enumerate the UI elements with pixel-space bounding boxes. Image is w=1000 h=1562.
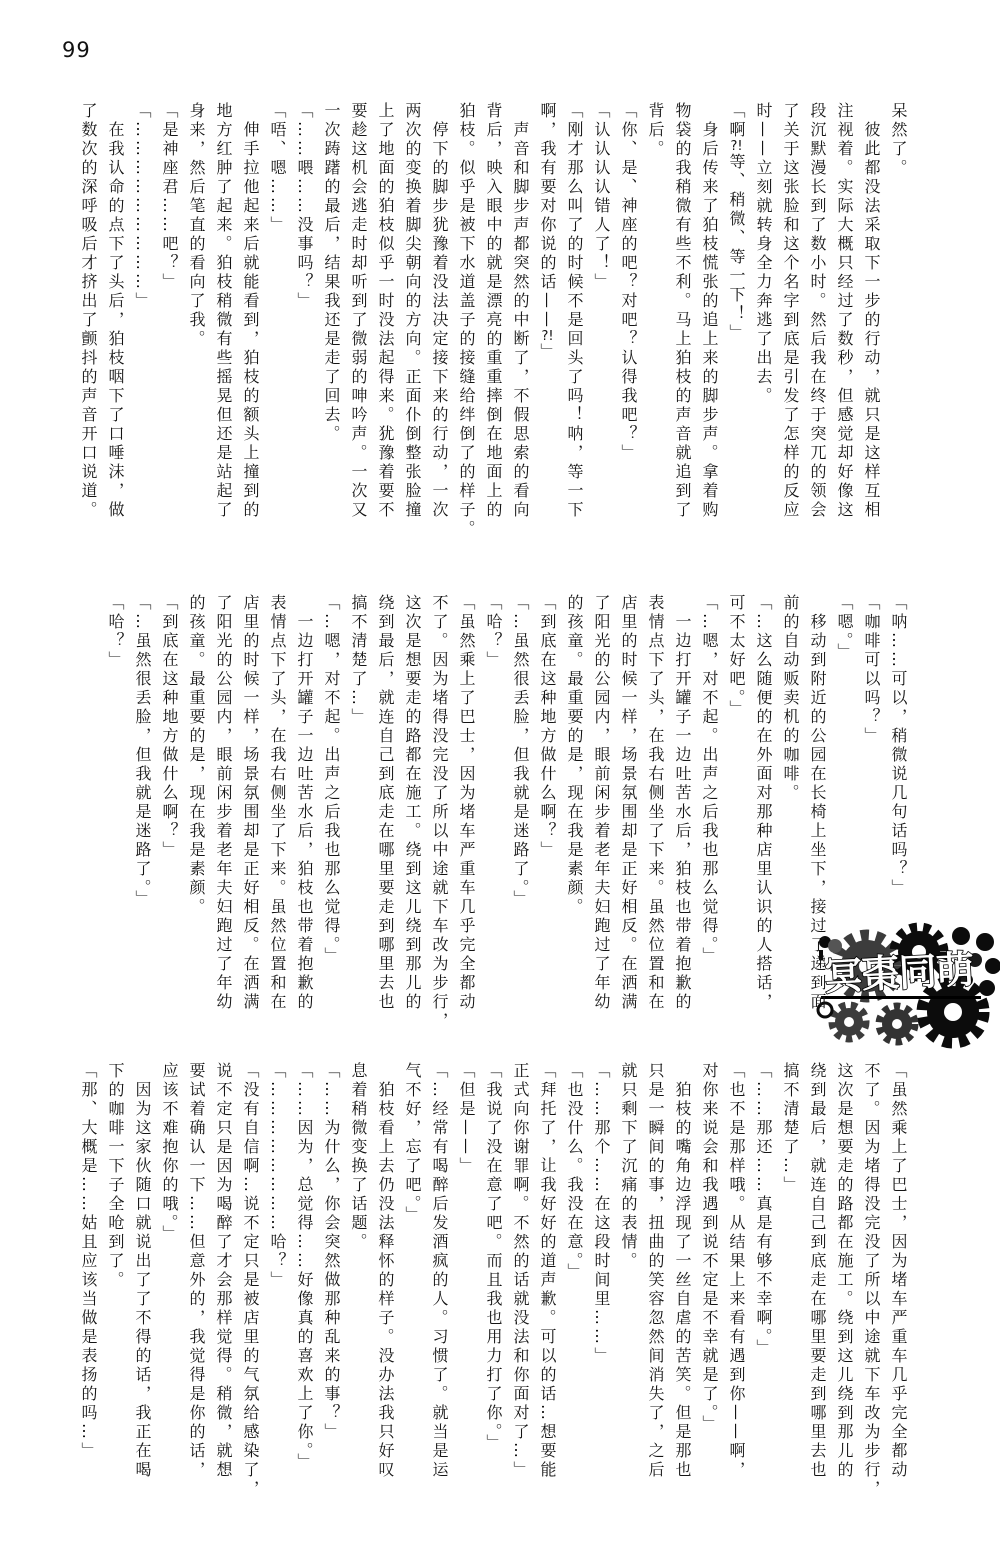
text-column: 「……那还……真是有够不幸啊。」 [750, 1062, 777, 1534]
text-column: 因为这家伙随口就说出了了不得的话，我正在喝 [129, 1062, 156, 1534]
text-column: 「拜托了，让我好好的道声歉。可以的话…想要能 [534, 1062, 561, 1534]
text-column: 注视着。实际大概只经过了数秒，但感觉却好像这 [831, 102, 858, 548]
text-column: 的孩童。最重要的是，现在我是素颜。 [561, 594, 588, 1040]
text-column: 绕到最后，就连自己到底走在哪里要走到哪里去也 [372, 594, 399, 1040]
text-column: 搞不清楚了…」 [777, 1062, 804, 1534]
text-column: 「没有自信啊…说不定只是被店里的气氛给感染了， [237, 1062, 264, 1534]
text-column: 不了。因为堵得没完没了所以中途就下车改为步行， [858, 1062, 885, 1534]
text-column: 表情点下了头，在我右侧坐了下来。虽然位置和在 [642, 594, 669, 1040]
text-column: 这次是想要走的路都在施工。绕到这儿绕到那儿的 [399, 594, 426, 1040]
text-column: 「……为什么，你会突然做那种乱来的事？」 [318, 1062, 345, 1534]
text-column: 「虽然乘上了巴士，因为堵车严重车几乎完全都动 [885, 1062, 912, 1534]
text-column: 「你、是、神座的吧？对吧？认得我吧？」 [615, 102, 642, 548]
text-column: 了关于这张脸和这个名字到底是引发了怎样的反应 [777, 102, 804, 548]
text-column: 「……………………哈？」 [264, 1062, 291, 1534]
text-column: 物袋的我稍微有些不利。马上狛枝的声音就追到了 [669, 102, 696, 548]
text-column: 背后。 [642, 102, 669, 548]
text-column: 「…虽然很丢脸，但我就是迷路了。」 [507, 594, 534, 1040]
text-column: 「我说了没在意了吧。而且我也用力打了你。」 [480, 1062, 507, 1534]
text-column: 对你来说会和我遇到说不定是不幸就是了。」 [696, 1062, 723, 1534]
page-number: 99 [62, 38, 91, 62]
text-column: 彼此都没法采取下一步的行动，就只是这样互相 [858, 102, 885, 548]
text-column: 这次是想要走的路都在施工。绕到这儿绕到那儿的 [831, 1062, 858, 1534]
text-column: 背后，映入眼中的就是漂亮的重重摔倒在地面上的 [480, 102, 507, 548]
text-band-3: 「虽然乘上了巴士，因为堵车严重车几乎完全都动不了。因为堵得没完没了所以中途就下车… [74, 1062, 912, 1534]
text-column: 身来，然后笔直的看向了我。 [183, 102, 210, 548]
text-column: 气不好，忘了吧。」 [399, 1062, 426, 1534]
text-column: 「到底在这种地方做什么啊？」 [156, 594, 183, 1040]
text-column: 了阳光的公园内，眼前闲步着老年夫妇跑过了年幼 [210, 594, 237, 1040]
text-column: 了阳光的公园内，眼前闲步着老年夫妇跑过了年幼 [588, 594, 615, 1040]
text-column: 两次的变换着脚尖朝向的方向。正面仆倒整张脸撞 [399, 102, 426, 548]
text-column: 时——立刻就转身全力奔逃了出去。 [750, 102, 777, 548]
text-column: 「呐……可以，稍微说几句话吗？」 [885, 594, 912, 1040]
text-column: 正式向你谢罪啊。不然的话就没法和你面对了…」 [507, 1062, 534, 1534]
text-column: 说不定只是因为喝醉了才会那样觉得。稍微，就想 [210, 1062, 237, 1534]
text-column: 移动到附近的公园在长椅上坐下，接过了递到面 [804, 594, 831, 1040]
text-column: 一边打开罐子一边吐苦水后，狛枝也带着抱歉的 [669, 594, 696, 1040]
text-column: 可不太好吧。」 [723, 594, 750, 1040]
text-column: 「…这么随便的在外面对那种店里认识的人搭话， [750, 594, 777, 1040]
text-column: 「也不是那样哦。从结果上来看有遇到你——啊， [723, 1062, 750, 1534]
text-band-1: 呆然了。 彼此都没法采取下一步的行动，就只是这样互相注视着。实际大概只经过了数秒… [74, 102, 912, 548]
text-column: 搞不清楚了…」 [345, 594, 372, 1040]
text-column: 狛枝看上去仍没法释怀的样子。没办法我只好叹 [372, 1062, 399, 1534]
text-column: 表情点下了头，在我右侧坐了下来。虽然位置和在 [264, 594, 291, 1040]
text-column: 一次踌躇的最后，结果我还是走了回去。 [318, 102, 345, 548]
text-column: 「嗯。」 [831, 594, 858, 1040]
text-column: 「……喂……没事吗？」 [291, 102, 318, 548]
text-column: 「刚才那么叫了的时候不是回头了吗！呐，等一下 [561, 102, 588, 548]
text-column: 要趁这机会逃走时却听到了微弱的呻吟声。一次又 [345, 102, 372, 548]
text-column: 声音和脚步声都突然的中断了，不假思索的看向 [507, 102, 534, 548]
text-column: 「…嗯，对不起。出声之后我也那么觉得。」 [318, 594, 345, 1040]
text-column: 「……因为，总觉得……好像真的喜欢上了你。」 [291, 1062, 318, 1534]
text-column: 的孩童。最重要的是，现在我是素颜。 [183, 594, 210, 1040]
text-column: 了数次的深呼吸后才挤出了颤抖的声音开口说道。 [75, 102, 102, 548]
text-column: 就只剩下了沉痛的表情。 [615, 1062, 642, 1534]
text-column: 只是一瞬间的事，扭曲的笑容忽然间消失了，之后 [642, 1062, 669, 1534]
text-column: 「也没什么。我没在意。」 [561, 1062, 588, 1534]
text-column: 下的咖啡一下子全呛到了。 [102, 1062, 129, 1534]
text-column: 「唔、嗯……」 [264, 102, 291, 548]
text-column: 店里的时候一样，场景氛围却是正好相反。在洒满 [237, 594, 264, 1040]
text-column: 「是神座君……吧？」 [156, 102, 183, 548]
text-column: 息着稍微变换了话题。 [345, 1062, 372, 1534]
text-column: 「………………………」 [129, 102, 156, 548]
text-column: 「认认认认错人了！」 [588, 102, 615, 548]
text-column: 「那、大概是……姑且应该当做是表扬的吗…」 [75, 1062, 102, 1534]
text-column: 不了。因为堵得没完没了所以中途就下车改为步行， [426, 594, 453, 1040]
text-column: 要试着确认一下……但意外的，我觉得是你的话， [183, 1062, 210, 1534]
text-column: 「到底在这种地方做什么啊？」 [534, 594, 561, 1040]
text-column: 「哈？」 [102, 594, 129, 1040]
text-column: 前的自动贩卖机的咖啡。 [777, 594, 804, 1040]
text-column: 「……那个……在这段时间里……」 [588, 1062, 615, 1534]
text-column: 狛枝的嘴角边浮现了一丝自虐的苦笑。但是那也 [669, 1062, 696, 1534]
text-column: 应该不难抱你的哦。」 [156, 1062, 183, 1534]
text-column: 「…虽然很丢脸，但我就是迷路了。」 [129, 594, 156, 1040]
text-column: 「虽然乘上了巴士，因为堵车严重车几乎完全都动 [453, 594, 480, 1040]
text-column: 绕到最后，就连自己到底走在哪里要走到哪里去也 [804, 1062, 831, 1534]
text-band-2: 「呐……可以，稍微说几句话吗？」「咖啡可以吗？」「嗯。」 移动到附近的公园在长椅… [74, 594, 912, 1040]
text-column: 段沉默漫长到了数小时。然后我在终于突兀的领会 [804, 102, 831, 548]
text-column: 啊，我有要对你说的话——?!」 [534, 102, 561, 548]
text-column: 「…经常有喝醉后发酒疯的人。习惯了。就当是运 [426, 1062, 453, 1534]
text-column: 「咖啡可以吗？」 [858, 594, 885, 1040]
text-column: 「但是——」 [453, 1062, 480, 1534]
text-column: 「啊?!等、稍微、等一下！」 [723, 102, 750, 548]
text-column: 店里的时候一样，场景氛围却是正好相反。在洒满 [615, 594, 642, 1040]
text-column: 身后传来了狛枝慌张的追上来的脚步声。拿着购 [696, 102, 723, 548]
text-column: 「哈？」 [480, 594, 507, 1040]
text-column: 呆然了。 [885, 102, 912, 548]
text-column: 在我认命的点下了头后，狛枝咽下了口唾沫，做 [102, 102, 129, 548]
text-column: 停下的脚步犹豫着没法决定接下来的行动，一次 [426, 102, 453, 548]
text-column: 伸手拉他起来后就能看到，狛枝的额头上撞到的 [237, 102, 264, 548]
text-column: 一边打开罐子一边吐苦水后，狛枝也带着抱歉的 [291, 594, 318, 1040]
text-column: 地方红肿了起来。狛枝稍微有些摇晃但还是站起了 [210, 102, 237, 548]
text-column: 上了地面的狛枝似乎一时没法起得来。犹豫着要不 [372, 102, 399, 548]
text-column: 「…嗯，对不起。出声之后我也那么觉得。」 [696, 594, 723, 1040]
text-column: 狛枝。似乎是被下水道盖子的接缝给绊倒了的样子。 [453, 102, 480, 548]
